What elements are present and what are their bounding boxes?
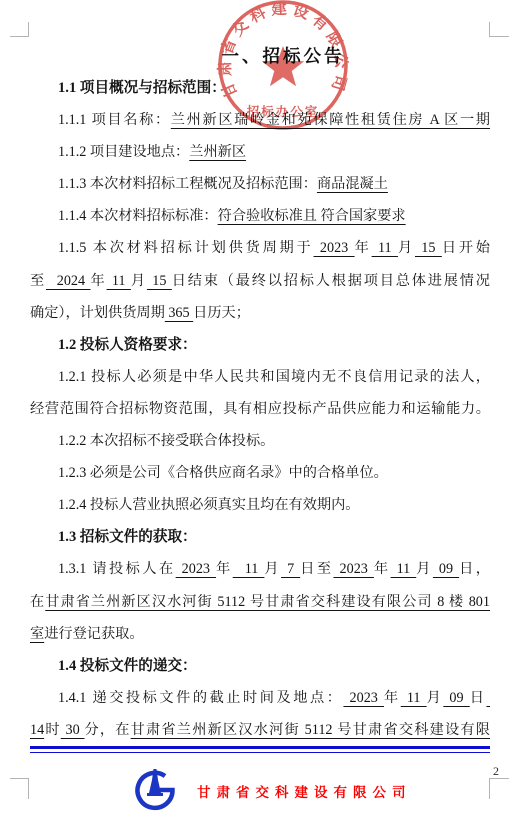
text-line: 1.4.1 递交投标文件的截止时间及地点： 2023 年 11 月 09 日 xyxy=(30,682,490,714)
text-line: 1.2.3 必须是公司《合格供应商名录》中的合格单位。 xyxy=(30,457,490,489)
text-run: 1.2.3 必须是公司《合格供应商名录》中的合格单位。 xyxy=(58,465,388,481)
underlined-value: 15 xyxy=(415,240,442,256)
text-run: 年 xyxy=(355,240,372,256)
underlined-value: 7 xyxy=(281,561,300,577)
text-run: 1.1 项目概况与招标范围： xyxy=(58,80,226,96)
text-line: 经营范围符合招标物资范围，具有相应投标产品供应能力和运输能力。 xyxy=(30,393,490,425)
text-run: 1.4 投标文件的递交： xyxy=(58,658,197,674)
underlined-value: 11 xyxy=(106,273,130,289)
text-run: 月 xyxy=(427,690,444,706)
text-run: 日结束（最终以招标人根据项目总体进展情况 xyxy=(172,273,490,289)
text-line: 确定），计划供货周期 365 日历天； xyxy=(30,297,490,329)
page-title: 一、招标公告 xyxy=(0,42,520,70)
text-run: 在 xyxy=(30,594,45,610)
footer-divider-rule xyxy=(30,746,490,753)
text-run: 1.2.4 投标人营业执照必须真实且均在有效期内。 xyxy=(58,497,360,513)
text-line: 1.1.4 本次材料招标标准：符合验收标准且 符合国家要求 xyxy=(30,200,490,232)
company-logo-icon xyxy=(132,766,178,812)
underlined-value: 11 xyxy=(372,240,398,256)
underlined-value: 2023 xyxy=(343,690,384,706)
text-line: 1.2.1 投标人必须是中华人民共和国境内无不良信用记录的法人， xyxy=(30,361,490,393)
text-run: 1.1.4 本次材料招标标准： xyxy=(58,208,218,224)
text-run: 月 xyxy=(416,561,433,577)
text-run: 1.1.2 项目建设地点： xyxy=(58,144,189,160)
section-heading: 1.2 投标人资格要求： xyxy=(30,329,490,361)
text-run: 月 xyxy=(264,561,281,577)
text-run: 1.1.5 本次材料招标计划供货周期于 xyxy=(58,240,314,256)
underlined-value: 2023 xyxy=(176,561,216,577)
text-run: 年 xyxy=(90,273,106,289)
underlined-value xyxy=(486,690,490,706)
text-run: 1.1.3 本次材料招标工程概况及招标范围： xyxy=(58,176,317,192)
footer-company-name: 甘肃省交科建设有限公司 xyxy=(197,781,412,801)
section-heading: 1.1 项目概况与招标范围： xyxy=(30,72,490,104)
text-line: 1.1.3 本次材料招标工程概况及招标范围：商品混凝土 xyxy=(30,168,490,200)
page-number: 2 xyxy=(493,764,499,779)
underlined-value: 2024 xyxy=(46,273,90,289)
underlined-value: 11 xyxy=(233,561,265,577)
text-run: 日开始 xyxy=(442,240,490,256)
text-line: 1.2.2 本次招标不接受联合体投标。 xyxy=(30,425,490,457)
document-page: 一、招标公告 1.1 项目概况与招标范围：1.1.1 项目名称：兰州新区瑞岭金和… xyxy=(0,0,520,832)
text-run: 1.1.1 项目名称： xyxy=(58,112,171,128)
text-run: 经营范围符合招标物资范围，具有相应投标产品供应能力和运输能力。 xyxy=(30,401,490,417)
text-run: 进行登记获取。 xyxy=(44,626,143,642)
text-run: 月 xyxy=(131,273,147,289)
underlined-value: 商品混凝土 xyxy=(317,176,388,192)
text-line: 1.1.2 项目建设地点：兰州新区 xyxy=(30,136,490,168)
text-line: 室进行登记获取。 xyxy=(30,618,490,650)
document-body: 1.1 项目概况与招标范围：1.1.1 项目名称：兰州新区瑞岭金和苑保障性租赁住… xyxy=(30,72,490,746)
text-run: 日 xyxy=(470,690,487,706)
text-run: 年 xyxy=(374,561,391,577)
text-run: 1.2.2 本次招标不接受联合体投标。 xyxy=(58,433,274,449)
underlined-value: 30 xyxy=(61,722,85,738)
text-run: 年 xyxy=(216,561,233,577)
text-boundary-corner-bottom-right xyxy=(489,778,509,799)
underlined-value: 甘肃省兰州新区汉水河街 5112 号甘肃省交科建设有限 xyxy=(131,722,490,738)
text-run: 1.3.1 请投标人在 xyxy=(58,561,176,577)
underlined-value: 11 xyxy=(391,561,417,577)
underlined-value: 365 xyxy=(165,305,193,321)
text-line: 至 2024 年 11 月 15 日结束（最终以招标人根据项目总体进展情况 xyxy=(30,265,490,297)
text-run: 1.4.1 递交投标文件的截止时间及地点： xyxy=(58,690,343,706)
underlined-value: 11 xyxy=(401,690,427,706)
text-line: 14时 30 分，在甘肃省兰州新区汉水河街 5112 号甘肃省交科建设有限 xyxy=(30,714,490,746)
text-boundary-corner-top-left xyxy=(10,22,29,37)
text-run: 1.2 投标人资格要求： xyxy=(58,337,197,353)
text-run: 确定），计划供货周期 xyxy=(30,305,165,321)
text-boundary-corner-bottom-left xyxy=(10,778,29,799)
text-run: 年 xyxy=(384,690,401,706)
underlined-value: 兰州新区 xyxy=(189,144,246,160)
underlined-value: 甘肃省兰州新区汉水河街 5112 号甘肃省交科建设有限公司 8 楼 801 xyxy=(45,594,490,610)
text-run: 日历天； xyxy=(193,305,250,321)
text-run: 1.2.1 投标人必须是中华人民共和国境内无不良信用记录的法人， xyxy=(58,369,490,385)
text-boundary-corner-top-right xyxy=(489,22,509,37)
underlined-value: 14 xyxy=(30,722,44,738)
text-line: 1.1.1 项目名称：兰州新区瑞岭金和苑保障性租赁住房 A 区一期 xyxy=(30,104,490,136)
underlined-value: 2023 xyxy=(334,561,374,577)
text-run: 至 xyxy=(30,273,46,289)
text-line: 在甘肃省兰州新区汉水河街 5112 号甘肃省交科建设有限公司 8 楼 801 xyxy=(30,586,490,618)
text-run: 1.3 招标文件的获取： xyxy=(58,529,197,545)
text-line: 1.1.5 本次材料招标计划供货周期于 2023 年 11 月 15 日开始 xyxy=(30,232,490,264)
underlined-value: 09 xyxy=(433,561,459,577)
text-run: 分，在 xyxy=(84,722,130,738)
text-line: 1.2.4 投标人营业执照必须真实且均在有效期内。 xyxy=(30,489,490,521)
underlined-value: 符合验收标准且 符合国家要求 xyxy=(218,208,406,224)
text-run: 时 xyxy=(44,722,61,738)
section-heading: 1.4 投标文件的递交： xyxy=(30,650,490,682)
underlined-value: 室 xyxy=(30,626,44,642)
underlined-value: 2023 xyxy=(314,240,355,256)
text-run: 日， xyxy=(459,561,490,577)
text-run: 日至 xyxy=(300,561,333,577)
text-run: 月 xyxy=(398,240,415,256)
underlined-value: 兰州新区瑞岭金和苑保障性租赁住房 A 区一期 xyxy=(171,112,490,128)
text-line: 1.3.1 请投标人在 2023 年 11 月 7 日至 2023 年 11 月… xyxy=(30,553,490,585)
underlined-value: 15 xyxy=(147,273,172,289)
underlined-value: 09 xyxy=(443,690,469,706)
section-heading: 1.3 招标文件的获取： xyxy=(30,521,490,553)
